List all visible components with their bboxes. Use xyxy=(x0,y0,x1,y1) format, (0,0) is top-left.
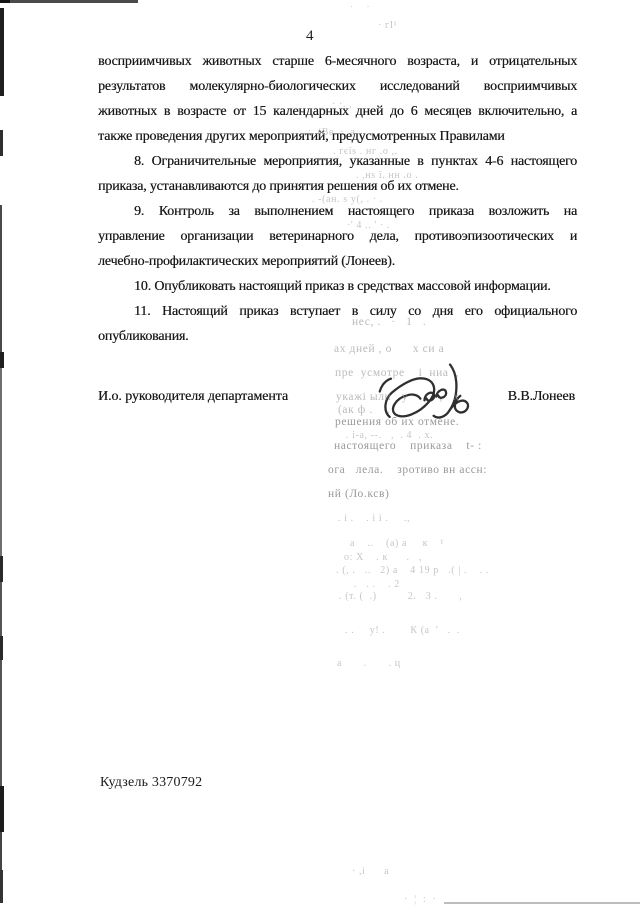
scan-artifact-bottom-line xyxy=(444,902,640,904)
bleedthrough-fragment: ·' 4 .. ' · . xyxy=(347,220,390,232)
bleedthrough-fragment: настоящего приказа t- : xyxy=(334,440,482,452)
page-number: 4 xyxy=(306,28,314,45)
text-line: 11. Настоящий приказ вступает в силу со … xyxy=(98,299,577,324)
scan-artifact xyxy=(0,368,2,558)
bleedthrough-fragment: . гєїѕ . нг .о ,. xyxy=(333,146,398,158)
bleedthrough-fragment: · ,і а xyxy=(352,866,389,878)
bleedthrough-fragment: . :. (Ве. ·. а . xyxy=(302,127,362,139)
bleedthrough-fragment: · ·. , xyxy=(332,99,352,111)
scan-artifact xyxy=(0,636,3,660)
bleedthrough-fragment: пре усмотре і ниа , xyxy=(335,367,459,379)
text-line: восприимчивых животных старше 6-месячног… xyxy=(98,49,577,74)
bleedthrough-fragment: . . . . 2 xyxy=(354,579,400,591)
text-line: результатов молекулярно-биологических ис… xyxy=(98,74,577,99)
scan-artifact-top-bar xyxy=(0,0,138,3)
bleedthrough-fragment: нес, . · 1 . xyxy=(352,316,426,328)
bleedthrough-fragment: а . . ц xyxy=(337,658,401,670)
bleedthrough-fragment: . ,нѕ ї. нн .о . xyxy=(356,170,418,182)
scan-artifact xyxy=(0,582,2,638)
scan-artifact xyxy=(0,352,4,368)
printer-code: Кудзель 3370792 xyxy=(100,775,202,791)
signer-title: И.о. руководителя департамента xyxy=(98,389,288,405)
bleedthrough-fragment: ах дней , о х си а xyxy=(334,343,444,355)
scan-artifact xyxy=(0,556,3,582)
text-line: 10. Опубликовать настоящий приказ в сред… xyxy=(98,274,577,299)
document-page: 4 восприимчивых животных старше 6-месячн… xyxy=(0,0,640,905)
text-line: лечебно-профилактических мероприятий (Ло… xyxy=(98,249,577,274)
bleedthrough-fragment: укажі ыли у . , х xyxy=(336,391,460,403)
bleedthrough-fragment: а .. (а) а к ¹ xyxy=(350,538,444,550)
bleedthrough-fragment: · ¦ : · xyxy=(404,894,436,905)
bleedthrough-fragment: ˙ ˙ xyxy=(350,5,370,17)
bleedthrough-fragment: решения об их отмене. xyxy=(335,416,459,428)
bleedthrough-fragment: нй (Ло.ксв) xyxy=(328,488,389,500)
scan-artifact xyxy=(0,786,4,832)
scan-artifact xyxy=(0,8,4,96)
bleedthrough-fragment: (ак ф . . xyxy=(338,404,390,416)
bleedthrough-fragment: . . у! . К (а ' . . xyxy=(345,625,460,637)
signer-name: В.В.Лонеев xyxy=(508,389,575,405)
scan-artifact xyxy=(0,660,2,788)
bleedthrough-fragment: . (, . .. 2) а 4 19 р .( | . . . xyxy=(336,565,489,577)
bleedthrough-fragment: . і . . і і . ., xyxy=(338,513,410,525)
text-line: управление организации ветеринарного дел… xyxy=(98,224,577,249)
scan-artifact xyxy=(0,832,2,872)
bleedthrough-fragment: ога лела. зротиво вн ассн: xyxy=(328,464,487,476)
scan-artifact xyxy=(0,870,3,903)
bleedthrough-fragment: · гІ¹ xyxy=(378,20,397,32)
bleedthrough-fragment: о: Х . к . , xyxy=(344,552,422,564)
scan-artifact xyxy=(0,205,2,365)
scan-artifact xyxy=(0,130,3,156)
bleedthrough-fragment: . -(ан. ѕ у(, . · . xyxy=(312,194,383,206)
bleedthrough-fragment: . (т. ( .) 2. 3 . , xyxy=(339,591,462,603)
